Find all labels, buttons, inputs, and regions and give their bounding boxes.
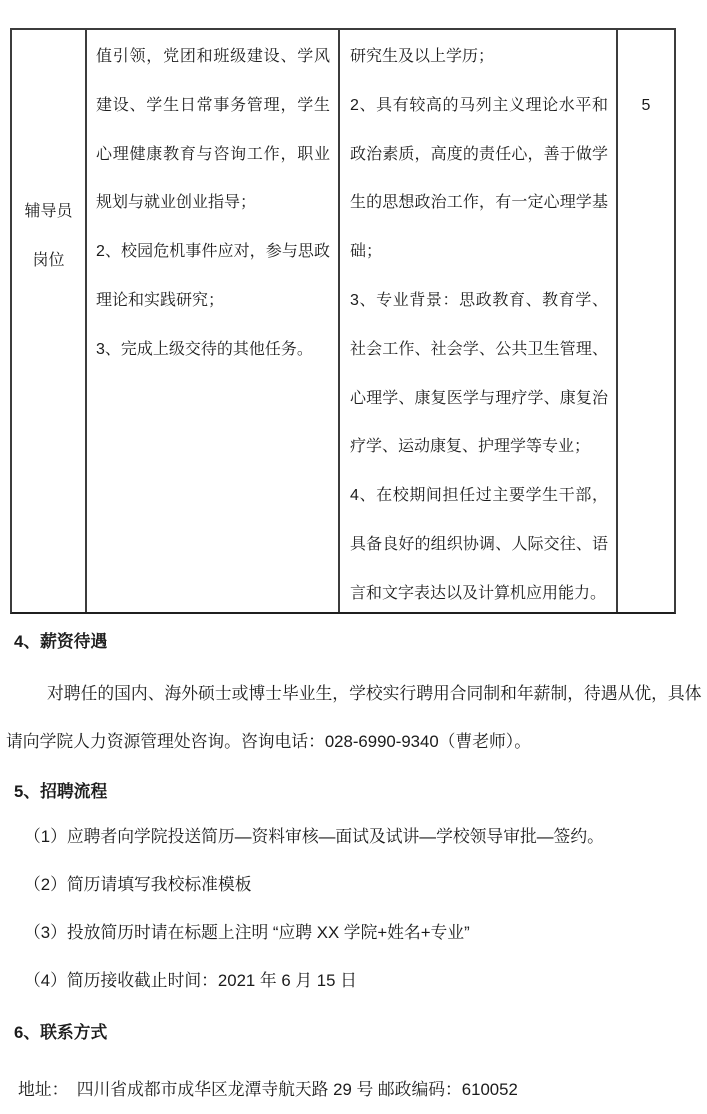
contact-address-line: 地址： 四川省成都市成华区龙潭寺航天路 29 号 邮政编码：610052: [18, 1079, 518, 1101]
section-heading-salary: 4、薪资待遇: [14, 631, 107, 653]
table-cell-duties: 值引领，党团和班级建设、学风 建设、学生日常事务管理，学生 心理健康教育与咨询工…: [87, 30, 340, 612]
table-cell-position: 辅导员 岗位: [12, 30, 87, 612]
requirements-line: 生的思想政治工作，有一定心理学基: [350, 179, 608, 228]
requirements-line: 政治素质，高度的责任心，善于做学: [350, 131, 608, 180]
table-cell-requirements: 研究生及以上学历； 2、具有较高的马列主义理论水平和 政治素质，高度的责任心，善…: [340, 30, 618, 612]
duties-line: 心理健康教育与咨询工作，职业: [96, 131, 330, 180]
salary-paragraph-line: 请向学院人力资源管理处咨询。咨询电话：028-6990-9340（曹老师）。: [6, 731, 531, 753]
headcount-value: 5: [618, 82, 674, 131]
requirements-line: 言和文字表达以及计算机应用能力。: [350, 570, 608, 612]
process-item: （3）投放简历时请在标题上注明 “应聘 XX 学院+姓名+专业”: [24, 922, 470, 944]
requirements-line: 3、专业背景：思政教育、教育学、: [350, 277, 608, 326]
position-label-line: 岗位: [12, 237, 85, 286]
duties-line: 理论和实践研究；: [96, 277, 330, 326]
duties-line: 建设、学生日常事务管理，学生: [96, 82, 330, 131]
requirements-line: 具备良好的组织协调、人际交往、语: [350, 521, 608, 570]
table-cell-headcount: 5: [618, 30, 674, 612]
salary-paragraph-line: 对聘任的国内、海外硕士或博士毕业生，学校实行聘用合同制和年薪制，待遇从优，具体: [6, 683, 701, 705]
position-label-line: 辅导员: [12, 188, 85, 237]
duties-line: 值引领，党团和班级建设、学风: [96, 33, 330, 82]
requirements-line: 研究生及以上学历；: [350, 33, 608, 82]
requirements-line: 心理学、康复医学与理疗学、康复治: [350, 375, 608, 424]
section-heading-contact: 6、联系方式: [14, 1022, 107, 1044]
process-item: （4）简历接收截止时间：2021 年 6 月 15 日: [24, 970, 357, 992]
requirements-line: 社会工作、社会学、公共卫生管理、: [350, 326, 608, 375]
requirements-line: 疗学、运动康复、护理学等专业；: [350, 423, 608, 472]
duties-line: 3、完成上级交待的其他任务。: [96, 326, 330, 375]
duties-line: 规划与就业创业指导；: [96, 179, 330, 228]
section-heading-process: 5、招聘流程: [14, 781, 107, 803]
document-page: 辅导员 岗位 值引领，党团和班级建设、学风 建设、学生日常事务管理，学生 心理健…: [0, 0, 707, 1114]
process-item: （1）应聘者向学院投送简历—资料审核—面试及试讲—学校领导审批—签约。: [24, 826, 604, 848]
requirements-line: 4、在校期间担任过主要学生干部，: [350, 472, 608, 521]
recruitment-table: 辅导员 岗位 值引领，党团和班级建设、学风 建设、学生日常事务管理，学生 心理健…: [10, 28, 676, 614]
duties-line: 2、校园危机事件应对，参与思政: [96, 228, 330, 277]
requirements-line: 础；: [350, 228, 608, 277]
process-item: （2）简历请填写我校标准模板: [24, 874, 252, 896]
requirements-line: 2、具有较高的马列主义理论水平和: [350, 82, 608, 131]
